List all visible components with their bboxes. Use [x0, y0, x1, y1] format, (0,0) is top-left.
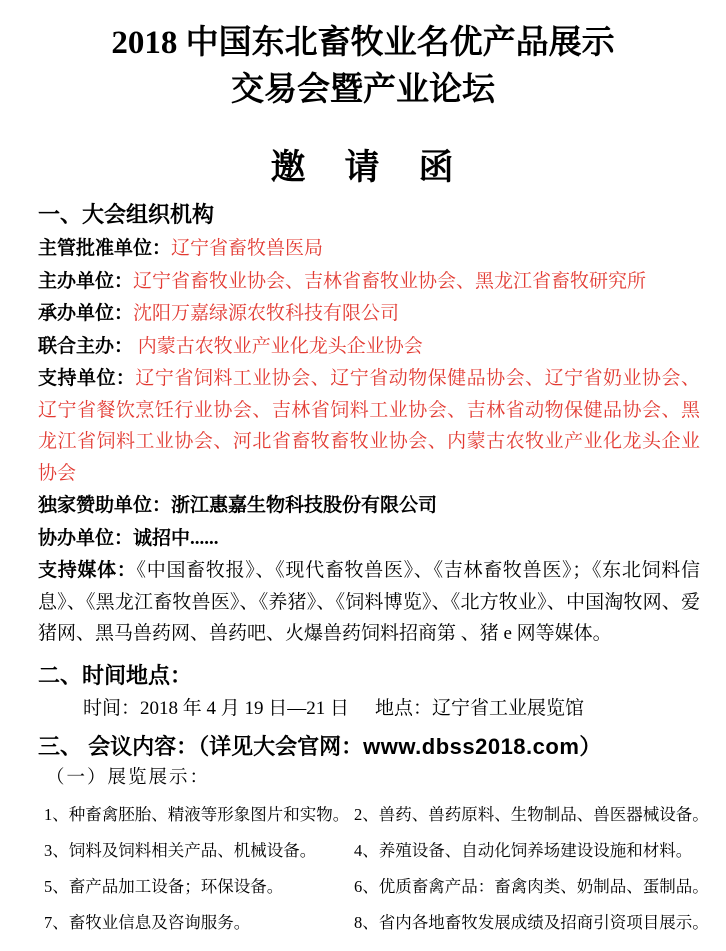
schedule-line: 时间：2018 年 4 月 19 日—21 日地点：辽宁省工业展览馆	[83, 697, 700, 721]
org-row-value: 诚招中......	[133, 528, 219, 549]
exhibit-item-7: 7、畜牧业信息及咨询服务。	[44, 911, 354, 935]
invitation-document-page: 2018 中国东北畜牧业名优产品展示 交易会暨产业论坛 邀 请 函 一、大会组织…	[0, 0, 726, 951]
invitation-heading: 邀 请 函	[0, 147, 726, 189]
section-3-heading: 三、 会议内容：（详见大会官网：www.dbss2018.com）	[38, 734, 700, 760]
exhibit-item-4: 4、养殖设备、自动化饲养场建设设施和材料。	[354, 839, 720, 863]
place-label: 地点：	[375, 698, 432, 719]
exhibit-item-1: 1、种畜禽胚胎、精液等形象图片和实物。	[44, 803, 354, 827]
org-row-approval: 主管批准单位：辽宁省畜牧兽医局	[38, 233, 700, 265]
org-row-value: 浙江惠嘉生物科技股份有限公司	[171, 495, 437, 516]
organization-list: 主管批准单位：辽宁省畜牧兽医局 主办单位：辽宁省畜牧业协会、吉林省畜牧业协会、黑…	[0, 233, 726, 650]
section-2-heading: 二、时间地点：	[38, 663, 700, 689]
exhibition-items-grid: 1、种畜禽胚胎、精液等形象图片和实物。 2、兽药、兽药原料、生物制品、兽医器械设…	[44, 803, 720, 935]
org-row-label: 主办单位：	[38, 271, 133, 292]
org-row-host: 主办单位：辽宁省畜牧业协会、吉林省畜牧业协会、黑龙江省畜牧研究所	[38, 266, 700, 298]
org-row-label: 承办单位：	[38, 303, 133, 324]
org-row-value: 辽宁省畜牧业协会、吉林省畜牧业协会、黑龙江省畜牧研究所	[133, 271, 646, 292]
exhibit-item-8: 8、省内各地畜牧发展成绩及招商引资项目展示。	[354, 911, 720, 935]
time-label: 时间：	[83, 698, 140, 719]
org-row-organizer: 承办单位：沈阳万嘉绿源农牧科技有限公司	[38, 298, 700, 330]
document-title-line2: 交易会暨产业论坛	[10, 67, 716, 114]
org-row-value: 内蒙古农牧业产业化龙头企业协会	[133, 336, 423, 357]
section-3-heading-suffix: ）	[579, 734, 601, 759]
org-row-label: 协办单位：	[38, 528, 133, 549]
document-title-line1: 2018 中国东北畜牧业名优产品展示	[10, 20, 716, 67]
org-row-co-host: 联合主办： 内蒙古农牧业产业化龙头企业协会	[38, 331, 700, 363]
section-1-heading: 一、大会组织机构	[38, 202, 700, 228]
org-row-value: 辽宁省畜牧兽医局	[171, 238, 323, 259]
org-row-co-organizer: 协办单位：诚招中......	[38, 523, 700, 555]
org-row-value: 辽宁省饲料工业协会、辽宁省动物保健品协会、辽宁省奶业协会、辽宁省餐饮烹饪行业协会…	[38, 368, 700, 484]
time-value: 2018 年 4 月 19 日—21 日	[140, 698, 349, 719]
org-row-label: 支持媒体：	[38, 560, 137, 581]
org-row-exclusive-sponsor: 独家赞助单位：浙江惠嘉生物科技股份有限公司	[38, 490, 700, 522]
exhibit-item-6: 6、优质畜禽产品：畜禽肉类、奶制品、蛋制品。	[354, 875, 720, 899]
document-title: 2018 中国东北畜牧业名优产品展示 交易会暨产业论坛	[10, 20, 716, 114]
org-row-value: 《中国畜牧报》、《现代畜牧兽医》、《吉林畜牧兽医》；《东北饲料信息》、《黑龙江畜…	[38, 560, 700, 644]
exhibit-item-2: 2、兽药、兽药原料、生物制品、兽医器械设备。	[354, 803, 720, 827]
org-row-label: 支持单位：	[38, 368, 135, 389]
place-value: 辽宁省工业展览馆	[432, 698, 584, 719]
org-row-label: 独家赞助单位：	[38, 495, 171, 516]
org-row-media: 支持媒体：《中国畜牧报》、《现代畜牧兽医》、《吉林畜牧兽医》；《东北饲料信息》、…	[38, 555, 700, 650]
official-website-url: www.dbss2018.com	[363, 734, 579, 759]
org-row-value: 沈阳万嘉绿源农牧科技有限公司	[133, 303, 399, 324]
exhibit-item-5: 5、畜产品加工设备；环保设备。	[44, 875, 354, 899]
org-row-label: 联合主办：	[38, 336, 133, 357]
org-row-supporters: 支持单位：辽宁省饲料工业协会、辽宁省动物保健品协会、辽宁省奶业协会、辽宁省餐饮烹…	[38, 363, 700, 489]
exhibition-sub-heading: （一）展览展示：	[46, 767, 700, 790]
exhibit-item-3: 3、饲料及饲料相关产品、机械设备。	[44, 839, 354, 863]
org-row-label: 主管批准单位：	[38, 238, 171, 259]
section-3-heading-prefix: 三、 会议内容：（详见大会官网：	[38, 734, 363, 759]
